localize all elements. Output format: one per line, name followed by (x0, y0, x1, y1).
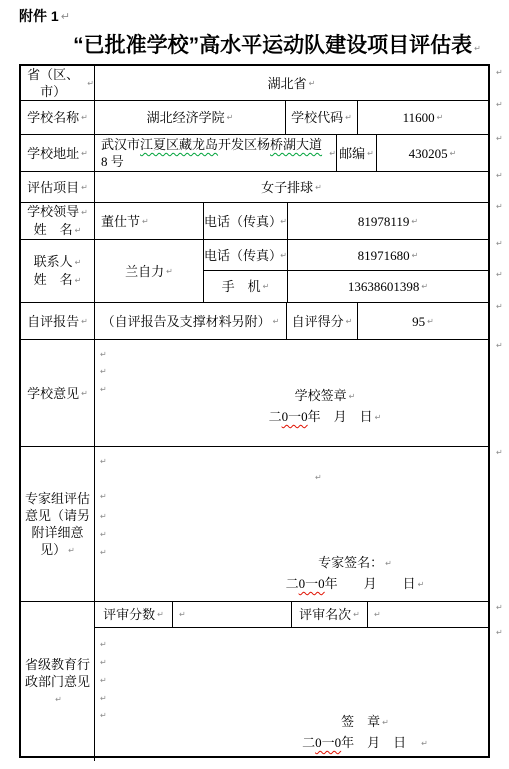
contact-label-cell: 联系人↵ 姓 名↵ (21, 240, 95, 302)
row-school-name: 学校名称↵ 湖北经济学院↵ 学校代码↵ 11600↵ (21, 101, 488, 135)
paragraph-mark: ↵ (273, 313, 280, 330)
row-expert-opinion: 专家组评估 意见（请另 附详细意 见）↵ ↵ ↵ ↵ ↵ ↵ ↵ 专家签名：↵ … (21, 447, 488, 602)
paragraph-mark: ↵ (496, 202, 503, 211)
row-self-eval: 自评报告↵ （自评报告及支撑材料另附）↵ 自评得分↵ 95↵ (21, 303, 488, 340)
date-part: 二 (286, 576, 299, 591)
leader-label-line1: 学校领导 (27, 204, 79, 219)
contact-phone-label-cell: 电话（传真）↵ (204, 240, 288, 270)
paragraph-mark: ↵ (81, 313, 88, 330)
school-name-value: 湖北经济学院 (147, 109, 225, 126)
paragraph-mark: ↵ (81, 385, 88, 402)
paragraph-mark: ↵ (87, 75, 94, 92)
address-value: 武汉市江夏区藏龙岛开发区杨桥湖大道8 号 (101, 136, 327, 170)
school-opinion-label-cell: 学校意见↵ (21, 340, 95, 446)
address-part: 武汉市 (101, 137, 140, 152)
zip-label: 邮编 (339, 145, 365, 162)
school-code-label-cell: 学校代码↵ (286, 101, 358, 134)
evaluation-table: 省（区、市）↵ 湖北省↵ 学校名称↵ 湖北经济学院↵ 学校代码↵ 11600↵ … (19, 64, 490, 758)
provincial-sign-date: 二0一0年 月 日 ↵ (225, 733, 505, 754)
paragraph-mark: ↵ (75, 258, 82, 267)
paragraph-mark: ↵ (353, 606, 360, 623)
paragraph-mark: ↵ (81, 145, 88, 162)
paragraph-mark: ↵ (346, 313, 353, 330)
paragraph-mark: ↵ (450, 145, 457, 162)
paragraph-mark: ↵ (55, 695, 62, 704)
paragraph-mark: ↵ (100, 453, 107, 470)
contact-name: 兰自力 (125, 263, 164, 280)
attachment-text: 附件 1 (19, 8, 59, 24)
school-name-label: 学校名称 (27, 109, 79, 126)
paragraph-mark: ↵ (496, 448, 503, 457)
expert-sign-label: 专家签名： (318, 555, 383, 570)
paragraph-mark: ↵ (100, 707, 107, 724)
project-value-cell: 女子排球↵ (95, 172, 488, 202)
date-flagged-text: 0一0 (282, 409, 308, 424)
leader-phone-label: 电话（传真） (204, 213, 278, 230)
paragraph-mark: ↵ (81, 179, 88, 196)
paragraph-mark: ↵ (81, 208, 88, 217)
paragraph-mark: ↵ (100, 346, 107, 363)
paragraph-mark: ↵ (280, 247, 287, 264)
row-leader: 学校领导↵ 姓 名↵ 董仕节↵ 电话（传真）↵ 81978119↵ (21, 203, 488, 240)
project-label-cell: 评估项目↵ (21, 172, 95, 202)
paragraph-mark: ↵ (100, 363, 107, 380)
contact-mobile-value: 13638601398 (348, 278, 420, 295)
date-flagged-text: 0一0 (315, 735, 341, 750)
self-score-label-cell: 自评得分↵ (287, 303, 358, 339)
leader-phone-value-cell: 81978119↵ (288, 203, 488, 239)
paragraph-mark: ↵ (375, 413, 382, 422)
paragraph-mark: ↵ (496, 239, 503, 248)
review-rank-label: 评审名次 (299, 606, 351, 623)
address-part: 8 号 (101, 154, 124, 169)
leader-label: 学校领导↵ 姓 名↵ (27, 203, 88, 239)
leader-label-cell: 学校领导↵ 姓 名↵ (21, 203, 95, 239)
paragraph-mark: ↵ (421, 739, 428, 748)
province-label: 省（区、市） (21, 66, 85, 100)
school-opinion-content-cell: ↵ ↵ ↵ 学校签章↵ 二0一0年 月 日↵ (95, 340, 488, 446)
address-label: 学校地址 (27, 145, 79, 162)
expert-label-cell: 专家组评估 意见（请另 附详细意 见）↵ (21, 447, 95, 601)
contact-name-cell: 兰自力↵ (95, 240, 204, 302)
paragraph-mark: ↵ (100, 654, 107, 671)
leader-label-line2: 姓 名 (34, 222, 73, 237)
zip-label-cell: 邮编↵ (337, 135, 377, 171)
school-name-label-cell: 学校名称↵ (21, 101, 95, 134)
school-code-value: 11600 (403, 109, 435, 126)
self-eval-label-cell: 自评报告↵ (21, 303, 95, 339)
paragraph-mark: ↵ (100, 508, 107, 525)
provincial-content-block: 评审分数↵ ↵ 评审名次↵ ↵ ↵ ↵ ↵ ↵ ↵ 签 章↵ 二0一0年 月 日 (95, 602, 488, 761)
self-eval-value-cell: （自评报告及支撑材料另附）↵ (95, 303, 287, 339)
zip-value-cell: 430205↵ (377, 135, 488, 171)
date-part: 年 月 日 (341, 735, 419, 750)
date-part: 年 月 日 (308, 409, 373, 424)
paragraph-mark: ↵ (496, 302, 503, 311)
paragraph-mark: ↵ (263, 278, 270, 295)
paragraph-mark: ↵ (427, 313, 434, 330)
self-score-label: 自评得分 (292, 313, 344, 330)
date-part: 二 (269, 409, 282, 424)
review-score-value-cell: ↵ (173, 602, 292, 627)
paragraph-mark: ↵ (496, 134, 503, 143)
school-opinion-label: 学校意见 (27, 385, 79, 402)
school-signature-block: 学校签章↵ 二0一0年 月 日↵ (180, 386, 470, 428)
expert-signature-block: 专家签名：↵ 二0一0年 月 日↵ (210, 553, 500, 595)
paragraph-mark: ↵ (227, 109, 234, 126)
self-eval-value: （自评报告及支撑材料另附） (102, 313, 271, 330)
leader-name-cell: 董仕节↵ (95, 203, 204, 239)
paragraph-mark: ↵ (411, 213, 418, 230)
contact-label: 联系人↵ 姓 名↵ (34, 253, 82, 289)
paragraph-mark: ↵ (100, 488, 107, 505)
row-province: 省（区、市）↵ 湖北省↵ (21, 66, 488, 101)
date-part: 年 月 日 (325, 576, 416, 591)
address-flagged-text: 桥湖大道 (270, 137, 322, 152)
date-flagged-text: 0一0 (299, 576, 325, 591)
paragraph-mark: ↵ (421, 278, 428, 295)
contact-mobile-value-cell: 13638601398↵ (288, 271, 488, 302)
expert-label: 专家组评估 意见（请另 附详细意 见） (25, 491, 90, 557)
contact-label-line1: 联系人 (34, 254, 73, 269)
paragraph-mark: ↵ (315, 469, 322, 486)
row-provincial-opinion: 省级教育行 政部门意见↵ 评审分数↵ ↵ 评审名次↵ ↵ ↵ ↵ ↵ ↵ ↵ (21, 602, 488, 761)
address-flagged-text: 江夏区藏龙岛 (140, 137, 218, 152)
paragraph-mark: ↵ (166, 263, 173, 280)
attachment-label: 附件 1↵ (19, 6, 70, 26)
contact-mobile-row: 手 机↵ 13638601398↵ (204, 271, 488, 302)
paragraph-mark: ↵ (61, 10, 70, 23)
leader-phone-value: 81978119 (358, 213, 410, 230)
paragraph-mark: ↵ (100, 381, 107, 398)
paragraph-mark: ↵ (81, 109, 88, 126)
paragraph-mark: ↵ (418, 580, 425, 589)
provincial-label-cell: 省级教育行 政部门意见↵ (21, 602, 95, 761)
address-label-cell: 学校地址↵ (21, 135, 95, 171)
contact-mobile-label: 手 机 (222, 278, 261, 295)
paragraph-mark: ↵ (437, 109, 444, 126)
project-label: 评估项目 (27, 179, 79, 196)
paragraph-mark: ↵ (100, 526, 107, 543)
paragraph-mark: ↵ (496, 100, 503, 109)
row-address: 学校地址↵ 武汉市江夏区藏龙岛开发区杨桥湖大道8 号↵ 邮编↵ 430205↵ (21, 135, 488, 172)
row-project: 评估项目↵ 女子排球↵ (21, 172, 488, 203)
provincial-signature-cell: ↵ ↵ ↵ ↵ ↵ 签 章↵ 二0一0年 月 日 ↵ (95, 628, 488, 761)
paragraph-mark: ↵ (474, 44, 481, 53)
paragraph-mark: ↵ (75, 276, 82, 285)
contact-label-line2: 姓 名 (34, 272, 73, 287)
contact-mobile-label-cell: 手 机↵ (204, 271, 288, 302)
paragraph-mark: ↵ (100, 672, 107, 689)
contact-phone-value-cell: 81971680↵ (288, 240, 488, 270)
school-code-value-cell: 11600↵ (358, 101, 488, 134)
expert-content-cell: ↵ ↵ ↵ ↵ ↵ ↵ 专家签名：↵ 二0一0年 月 日↵ (95, 447, 488, 601)
self-score-value-cell: 95↵ (358, 303, 488, 339)
paragraph-mark: ↵ (142, 213, 149, 230)
contact-phone-label: 电话（传真） (204, 247, 278, 264)
provincial-sign-label: 签 章 (341, 714, 380, 729)
leader-phone-label-cell: 电话（传真）↵ (204, 203, 288, 239)
paragraph-mark: ↵ (496, 68, 503, 77)
date-part: 二 (302, 735, 315, 750)
review-score-row: 评审分数↵ ↵ 评审名次↵ ↵ (95, 602, 488, 628)
paragraph-mark: ↵ (309, 75, 316, 92)
paragraph-mark: ↵ (367, 145, 374, 162)
leader-name: 董仕节 (101, 213, 140, 230)
paragraph-mark: ↵ (100, 690, 107, 707)
paragraph-mark: ↵ (496, 603, 503, 612)
paragraph-mark: ↵ (345, 109, 352, 126)
paragraph-mark: ↵ (100, 544, 107, 561)
paragraph-mark: ↵ (496, 171, 503, 180)
paragraph-mark: ↵ (382, 718, 389, 727)
paragraph-mark: ↵ (100, 636, 107, 653)
expert-sign-date: 二0一0年 月 日↵ (210, 574, 500, 595)
paragraph-mark: ↵ (280, 213, 287, 230)
contact-phone-row: 电话（传真）↵ 81971680↵ (204, 240, 488, 271)
paragraph-mark: ↵ (496, 628, 503, 637)
row-school-opinion: 学校意见↵ ↵ ↵ ↵ 学校签章↵ 二0一0年 月 日↵ (21, 340, 488, 447)
province-value-cell: 湖北省↵ (95, 66, 488, 100)
self-eval-label: 自评报告 (27, 313, 79, 330)
school-sign-label: 学校签章 (295, 388, 347, 403)
paragraph-mark: ↵ (496, 341, 503, 350)
paragraph-mark: ↵ (315, 179, 322, 196)
review-score-label-cell: 评审分数↵ (95, 602, 173, 627)
paragraph-mark: ↵ (329, 145, 336, 162)
province-value: 湖北省 (268, 75, 307, 92)
review-rank-label-cell: 评审名次↵ (292, 602, 368, 627)
school-code-label: 学校代码 (291, 109, 343, 126)
self-score-value: 95 (412, 313, 425, 330)
title-text: “已批准学校”高水平运动队建设项目评估表 (73, 34, 472, 57)
contact-phone-block: 电话（传真）↵ 81971680↵ 手 机↵ 13638601398↵ (204, 240, 488, 302)
contact-phone-value: 81971680 (358, 247, 410, 264)
provincial-label: 省级教育行 政部门意见 (25, 657, 90, 689)
project-value: 女子排球 (261, 179, 313, 196)
paragraph-mark: ↵ (412, 247, 419, 264)
review-rank-value-cell: ↵ (368, 602, 488, 627)
review-score-label: 评审分数 (103, 606, 155, 623)
address-part: 开发区杨 (218, 137, 270, 152)
province-label-cell: 省（区、市）↵ (21, 66, 95, 100)
paragraph-mark: ↵ (496, 270, 503, 279)
paragraph-mark: ↵ (179, 606, 186, 623)
paragraph-mark: ↵ (75, 226, 82, 235)
provincial-signature-block: 签 章↵ 二0一0年 月 日 ↵ (225, 712, 505, 754)
paragraph-mark: ↵ (157, 606, 164, 623)
zip-value: 430205 (409, 145, 448, 162)
school-sign-date: 二0一0年 月 日↵ (180, 407, 470, 428)
provincial-signature-row: ↵ ↵ ↵ ↵ ↵ 签 章↵ 二0一0年 月 日 ↵ (95, 628, 488, 761)
school-name-value-cell: 湖北经济学院↵ (95, 101, 286, 134)
row-contact: 联系人↵ 姓 名↵ 兰自力↵ 电话（传真）↵ 81971680↵ 手 机↵ 13… (21, 240, 488, 303)
page-title: “已批准学校”高水平运动队建设项目评估表↵ (0, 29, 509, 59)
paragraph-mark: ↵ (68, 546, 75, 555)
paragraph-mark: ↵ (349, 392, 356, 401)
address-value-cell: 武汉市江夏区藏龙岛开发区杨桥湖大道8 号↵ (95, 135, 337, 171)
document-page: 附件 1↵ “已批准学校”高水平运动队建设项目评估表↵ 省（区、市）↵ 湖北省↵… (0, 0, 509, 769)
paragraph-mark: ↵ (374, 606, 381, 623)
paragraph-mark: ↵ (385, 559, 392, 568)
